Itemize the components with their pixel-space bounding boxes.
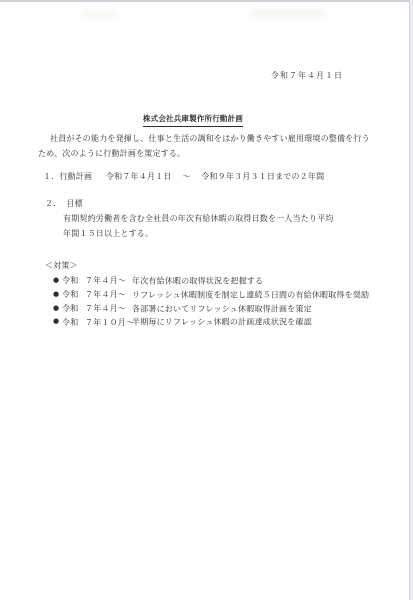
measure-text: 年次有給休暇の取得状況を把握する: [132, 276, 263, 285]
intro-paragraph: 社員がその能力を発揮し、仕事と生活の調和をはかり働きやすい雇用環境の整備を行う …: [38, 131, 370, 161]
bullet-icon: ●: [53, 315, 62, 329]
intro-line: 社員がその能力を発揮し、仕事と生活の調和をはかり働きやすい雇用環境の整備を行う: [38, 131, 370, 146]
measure-period: ７年４月～: [85, 302, 132, 316]
goal-label: 目標: [66, 199, 82, 208]
document-title: 株式会社兵庫製作所行動計画: [143, 113, 243, 127]
plan-number-label: １．行動計画: [43, 172, 92, 181]
document-page: 令和７年４月１日 株式会社兵庫製作所行動計画 社員がその能力を発揮し、仕事と生活…: [0, 0, 413, 600]
measure-item: ●令和７年１０月～半期毎にリフレッシュ休暇の計画達成状況を確認: [53, 315, 369, 329]
goal-line: 年間１５日以上とする。: [63, 226, 334, 241]
measure-text: リフレッシュ休暇制度を制定し連続５日間の有給休暇取得を奨励: [132, 290, 369, 299]
bullet-icon: ●: [53, 288, 62, 302]
plan-end-date: 令和９年３月３１日までの２年間: [201, 172, 324, 181]
page-top-edge: [0, 0, 413, 2]
measure-era: 令和: [62, 316, 85, 330]
measures-heading: ＜対策＞: [45, 260, 78, 271]
section-goal: ２．目標 有期契約労働者を含む全社員の年次有給休暇の取得日数を一人当たり平均 年…: [45, 196, 334, 241]
document-date: 令和７年４月１日: [271, 70, 343, 81]
measure-text: 各部署においてリフレッシュ休暇取得計画を策定: [132, 304, 312, 313]
plan-range-tilde: ～: [182, 172, 190, 181]
goal-line: 有期契約労働者を含む全社員の年次有給休暇の取得日数を一人当たり平均: [63, 211, 334, 226]
measure-item: ●令和７年４月～年次有給休暇の取得状況を把握する: [53, 274, 369, 288]
measure-text: 半期毎にリフレッシュ休暇の計画達成状況を確認: [132, 318, 312, 327]
goal-heading: ２．目標: [45, 196, 334, 211]
measure-period: ７年４月～: [85, 288, 132, 302]
goal-body: 有期契約労働者を含む全社員の年次有給休暇の取得日数を一人当たり平均 年間１５日以…: [63, 211, 334, 241]
page-right-edge: [409, 0, 413, 600]
bullet-icon: ●: [53, 274, 62, 288]
section-plan-period: １．行動計画 令和７年４月１日 ～ 令和９年３月３１日までの２年間: [43, 171, 324, 182]
measure-period: ７年４月～: [85, 274, 132, 288]
measure-period: ７年１０月～: [85, 316, 132, 330]
measure-item: ●令和７年４月～リフレッシュ休暇制度を制定し連続５日間の有給休暇取得を奨励: [53, 288, 369, 302]
measure-era: 令和: [62, 274, 85, 288]
scan-artifact: [80, 10, 118, 18]
bullet-icon: ●: [53, 302, 62, 316]
measure-era: 令和: [62, 288, 85, 302]
intro-line: ため、次のように行動計画を策定する。: [38, 146, 370, 161]
measure-era: 令和: [62, 302, 85, 316]
goal-number: ２．: [45, 199, 61, 208]
measure-item: ●令和７年４月～各部署においてリフレッシュ休暇取得計画を策定: [53, 302, 369, 316]
measures-list: ●令和７年４月～年次有給休暇の取得状況を把握する ●令和７年４月～リフレッシュ休…: [53, 274, 369, 329]
plan-start-date: 令和７年４月１日: [106, 172, 172, 181]
title-row: 株式会社兵庫製作所行動計画: [0, 106, 386, 127]
scan-artifact: [248, 9, 328, 18]
